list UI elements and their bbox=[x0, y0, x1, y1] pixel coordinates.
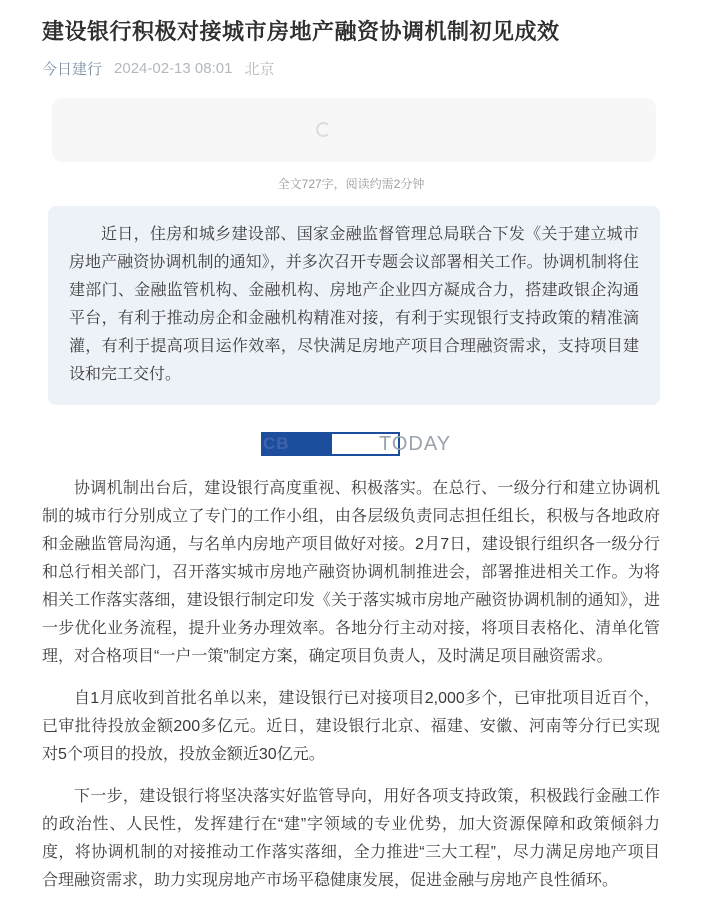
body-paragraph-3: 下一步，建设银行将坚决落实好监管导向，用好各项支持政策，积极践行金融工作的政治性… bbox=[42, 783, 660, 895]
logo-today-text: TODAY bbox=[379, 433, 451, 455]
article-body: 协调机制出台后，建设银行高度重视、积极落实。在总行、一级分行和建立协调机制的城市… bbox=[42, 475, 660, 895]
article-title: 建设银行积极对接城市房地产融资协调机制初见成效 bbox=[42, 16, 660, 47]
loading-image-placeholder[interactable] bbox=[52, 98, 656, 162]
summary-quote-box: 近日，住房和城乡建设部、国家金融监督管理总局联合下发《关于建立城市房地产融资协调… bbox=[48, 206, 660, 405]
publish-datetime: 2024-02-13 08:01 bbox=[114, 60, 232, 77]
byline: 今日建行 2024-02-13 08:01 北京 bbox=[42, 58, 660, 79]
logo-bar-letters: CB bbox=[263, 434, 290, 454]
ccb-today-logo: CB TODAY bbox=[261, 432, 441, 456]
publish-location: 北京 bbox=[244, 58, 274, 79]
account-name-link[interactable]: 今日建行 bbox=[42, 58, 102, 79]
article-page: 建设银行积极对接城市房地产融资协调机制初见成效 今日建行 2024-02-13 … bbox=[0, 0, 703, 905]
logo-blue-bar: CB bbox=[261, 432, 331, 456]
body-paragraph-2: 自1月底收到首批名单以来，建设银行已对接项目2,000多个，已审批项目近百个，已… bbox=[42, 685, 660, 769]
body-paragraph-1: 协调机制出台后，建设银行高度重视、积极落实。在总行、一级分行和建立协调机制的城市… bbox=[42, 475, 660, 671]
reading-time-info: 全文727字，阅读约需2分钟 bbox=[42, 175, 660, 192]
loading-spinner-icon bbox=[316, 122, 331, 137]
summary-quote-text: 近日，住房和城乡建设部、国家金融监督管理总局联合下发《关于建立城市房地产融资协调… bbox=[69, 221, 639, 389]
